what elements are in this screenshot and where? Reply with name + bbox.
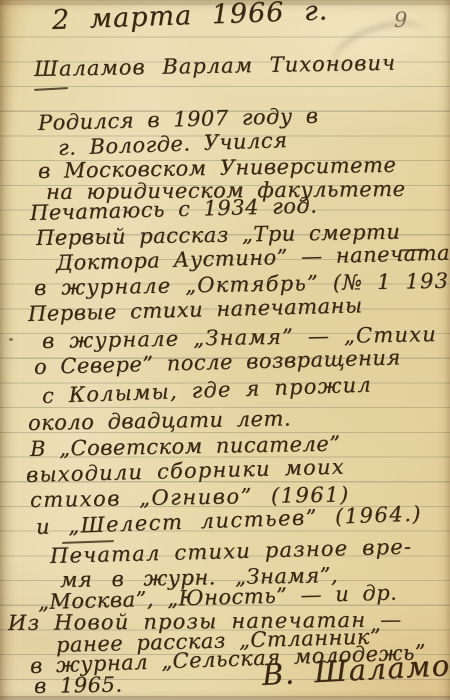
- handwritten-line: в 1965.: [34, 673, 123, 698]
- manuscript-page: 2 марта 1966 г. 9 Шаламов Варлам Тихонов…: [0, 0, 450, 700]
- page-edge-shadow: [0, 696, 450, 700]
- handwritten-line: около двадцати лет.: [28, 407, 291, 435]
- ink-dot: [9, 338, 13, 341]
- page-number: 9: [394, 8, 408, 32]
